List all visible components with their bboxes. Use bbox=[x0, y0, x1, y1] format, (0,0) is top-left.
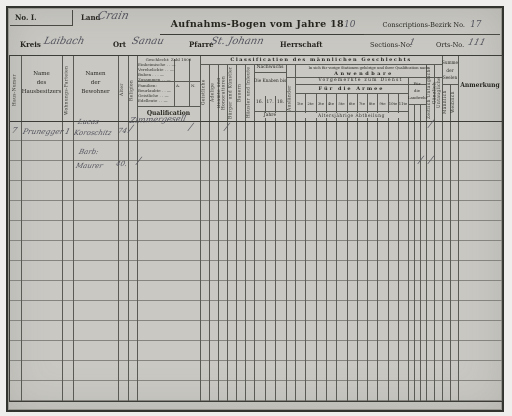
class-9: 9te bbox=[377, 101, 388, 106]
orts-label: Orts-No. bbox=[436, 41, 464, 49]
class-7: 7te bbox=[357, 101, 367, 106]
classification-banner: Classification des männlichen Geschlecht… bbox=[200, 57, 442, 63]
age-16: 16. bbox=[254, 100, 265, 105]
class-10: 10te bbox=[388, 101, 398, 106]
column-beamte: Beamte und Honoratioren bbox=[218, 66, 227, 119]
entry-alter-2: 40. bbox=[115, 160, 128, 168]
column-haeusler: Häusler und Inleute bbox=[245, 66, 254, 119]
column-hausbesitzer-line3: Hausbesitzers bbox=[21, 88, 62, 97]
seelen-box: Summe der Seelen bbox=[442, 59, 458, 82]
sections-label: Sections-No. bbox=[370, 41, 412, 49]
bezirk-label: Conscriptions-Bezirk No. bbox=[382, 21, 465, 29]
qualification-box1: Geschlecht: Zahl 1800 Einheimische . . —… bbox=[138, 57, 199, 82]
qualification-box2-col1: A. bbox=[176, 83, 180, 88]
form-title-block: Aufnahms-Bogen vom Jahre 1810 bbox=[160, 12, 366, 35]
form-number-box: No. I. bbox=[10, 10, 73, 26]
bezirk-value: 17 bbox=[470, 20, 481, 30]
class-5: 5te bbox=[336, 101, 347, 106]
armee-label: Für die Armee bbox=[295, 86, 408, 92]
column-seelen-maennlich: Männlich bbox=[442, 86, 450, 119]
column-bewohner-line3: Bewohner bbox=[73, 88, 118, 97]
column-anmerkung: Anmerkung bbox=[458, 82, 502, 89]
column-bewohner-line2: der bbox=[73, 79, 118, 88]
anwendbare-line1: In sich für vorige Stationen gehörige un… bbox=[295, 66, 442, 70]
class-2: 2te bbox=[305, 101, 316, 106]
vorgemerkte-label: Vorgemerkte zum Dienst bbox=[295, 78, 426, 83]
column-bauern: Bauern bbox=[236, 66, 245, 119]
age-17: 17. bbox=[265, 100, 275, 105]
pfarre-value: St. Johann bbox=[210, 36, 265, 47]
column-gaenzlich-untaugliche: Gänzlich Untaugliche bbox=[434, 66, 442, 119]
form-title: Aufnahms-Bogen vom Jahre 18 bbox=[171, 19, 344, 30]
column-hausbesitzer-line2: des bbox=[21, 79, 62, 88]
column-buerger: Bürger und Künstler bbox=[227, 66, 236, 119]
column-alter: Alter bbox=[118, 64, 128, 116]
anwendbare-line2: Anwendbare bbox=[286, 71, 442, 77]
ort-value: Sanau bbox=[131, 36, 165, 47]
form-sheet: No. I. Land Crain Aufnahms-Bogen vom Jah… bbox=[6, 6, 504, 412]
class-1: 1te bbox=[295, 101, 305, 106]
class-6: 6te bbox=[347, 101, 357, 106]
qualification-box2: Familien: A. N. Beurlaubte . . — Geistli… bbox=[138, 83, 199, 103]
column-religion: Religion bbox=[128, 64, 137, 116]
qualification-box2-col2: N. bbox=[191, 83, 196, 88]
bezirk-block: Conscriptions-Bezirk No. 17 bbox=[364, 12, 500, 35]
entry-zuname-1: Koroschitz bbox=[73, 129, 113, 137]
class-3: 3te bbox=[316, 101, 326, 106]
column-bewohner: Namen der Bewohner bbox=[73, 70, 118, 97]
nachwuchs-jahre: Jahre bbox=[255, 113, 285, 118]
age-18: 18. bbox=[275, 100, 286, 105]
seelen-line2: der bbox=[442, 67, 458, 75]
column-hausbesitzer: Name des Hausbesitzers bbox=[21, 70, 62, 97]
nachwuchs-title: Nachwuchs bbox=[254, 65, 286, 70]
column-haus-numer: Haus-Numer bbox=[10, 64, 21, 116]
year-value: 10 bbox=[344, 20, 355, 30]
column-wohnungs-parteien: Wohnungs-Parteien bbox=[62, 64, 73, 116]
herrschaft-label: Herrschaft bbox=[280, 40, 323, 49]
ort-label: Ort bbox=[113, 40, 126, 49]
column-geistliche: Geistliche bbox=[200, 66, 209, 119]
entry-vorname-1: Lucas bbox=[77, 118, 100, 126]
entry-zuname-2: Maurer bbox=[75, 162, 104, 170]
form-number: No. I. bbox=[15, 13, 37, 22]
landwehr-line1: Für bbox=[408, 80, 426, 87]
kreis-label: Kreis bbox=[20, 40, 41, 49]
column-seelen-weiblich: Weiblich bbox=[450, 86, 458, 119]
column-auslaender: Ausländer bbox=[286, 78, 295, 119]
sections-value: 1 bbox=[408, 38, 416, 48]
seelen-line3: Seelen bbox=[442, 74, 458, 82]
landwehr-line3: Landwehr bbox=[408, 94, 426, 101]
census-table: Haus-Numer Name des Hausbesitzers Wohnun… bbox=[9, 55, 503, 402]
qualification-box1-row: Zusammen . . — bbox=[138, 77, 199, 82]
nachwuchs-sub: Die Knaben bis bbox=[254, 78, 286, 83]
armee-footer: Altersjährige Abtheilung bbox=[296, 113, 407, 118]
seelen-line1: Summe bbox=[442, 59, 458, 67]
entry-vorname-2: Barb: bbox=[78, 148, 100, 156]
entry-hausbesitzer: Prunegger bbox=[22, 127, 65, 136]
qualification-box2-row: Edelleute . . — bbox=[138, 98, 199, 103]
column-hausbesitzer-line1: Name bbox=[21, 70, 62, 79]
qualification-box1-col2: 1800 bbox=[181, 57, 191, 62]
landwehr-line2: die bbox=[408, 87, 426, 94]
class-4: 4te bbox=[326, 101, 336, 106]
column-bewohner-line1: Namen bbox=[73, 70, 118, 79]
class-11: 11te bbox=[398, 101, 408, 106]
landwehr-box: Für die Landwehr bbox=[408, 80, 426, 101]
class-8: 8te bbox=[367, 101, 377, 106]
land-value: Crain bbox=[96, 9, 130, 22]
kreis-value: Laibach bbox=[43, 36, 86, 47]
scanned-census-form: No. I. Land Crain Aufnahms-Bogen vom Jah… bbox=[0, 0, 512, 416]
orts-value: 111 bbox=[467, 38, 487, 48]
